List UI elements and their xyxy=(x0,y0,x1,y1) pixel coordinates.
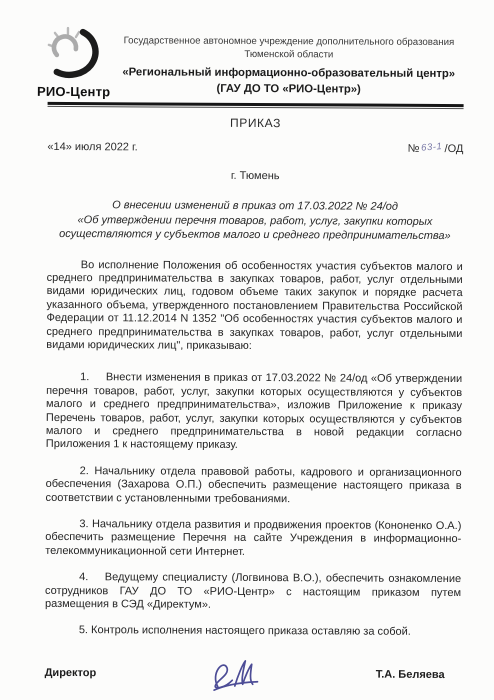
org-name-line1: Государственное автономное учреждение до… xyxy=(114,35,464,49)
header-divider xyxy=(48,102,464,109)
signature-block: Директор Т.А. Беляева xyxy=(45,652,461,696)
body-paragraph-preamble: Во исполнение Положения об особенностях … xyxy=(46,258,462,354)
org-name-line2: Тюменской области xyxy=(114,48,464,62)
body-paragraph-item3: 3. Начальнику отдела развития и продвиже… xyxy=(45,518,461,560)
logo-label: РИО-Центр xyxy=(34,84,114,99)
document-page: РИО-Центр Государственное автономное учр… xyxy=(0,0,494,700)
order-number-prefix: № xyxy=(408,143,420,155)
order-number-suffix: /ОД xyxy=(444,143,463,155)
body-paragraph-item5: 5. Контроль исполнения настоящего приказ… xyxy=(45,624,461,640)
order-date: «14» июля 2022 г. xyxy=(47,141,137,153)
handwritten-signature xyxy=(96,652,376,695)
signer-position: Директор xyxy=(45,667,97,679)
document-header: РИО-Центр Государственное автономное учр… xyxy=(48,25,464,101)
date-number-row: «14» июля 2022 г. №63-1/ОД xyxy=(47,141,463,155)
org-name-block: Государственное автономное учреждение до… xyxy=(114,25,464,96)
org-name-line3: «Региональный информационно-образователь… xyxy=(114,66,464,80)
order-body: Во исполнение Положения об особенностях … xyxy=(45,258,463,640)
signer-name: Т.А. Беляева xyxy=(376,669,445,681)
order-subject-title: О внесении изменений в приказ от 17.03.2… xyxy=(47,198,463,244)
org-name-line4: (ГАУ ДО ТО «РИО-Центр») xyxy=(114,82,464,96)
sun-crescent-logo-icon xyxy=(43,25,105,83)
body-paragraph-item4: 4. Ведущему специалисту (Логвинова В.О.)… xyxy=(45,571,461,613)
body-paragraph-item1: 1. Внести изменения в приказ от 17.03.20… xyxy=(46,371,462,454)
order-city: г. Тюмень xyxy=(47,169,463,183)
document-type-heading: ПРИКАЗ xyxy=(47,115,463,131)
body-paragraph-item2: 2. Начальнику отдела правовой работы, ка… xyxy=(45,465,461,507)
org-logo: РИО-Центр xyxy=(34,25,114,99)
order-number: №63-1/ОД xyxy=(408,143,464,155)
order-subject-line2: «Об утверждении перечня товаров, работ, … xyxy=(49,212,461,243)
order-number-handwritten: 63-1 xyxy=(421,141,443,154)
signature-ink-icon xyxy=(199,649,273,698)
